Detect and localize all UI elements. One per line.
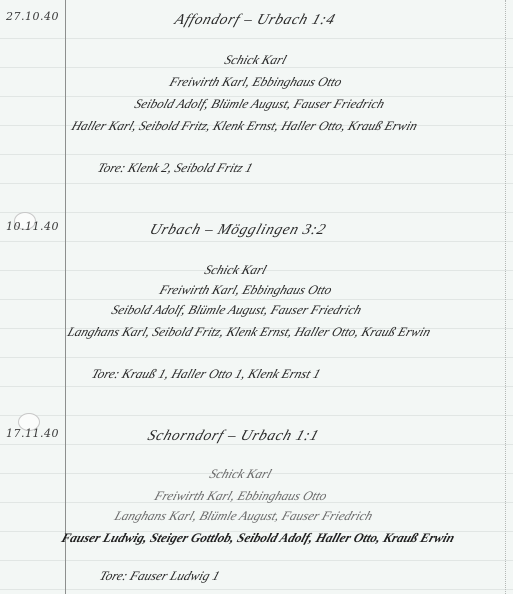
lineup-midfield: Seibold Adolf, Blümle August, Fauser Fri…: [132, 96, 386, 112]
lineup-goalkeeper: Schick Karl: [207, 466, 273, 482]
entry-date: 10.11.40: [6, 220, 62, 233]
entry-date: 27.10.40: [6, 10, 62, 23]
lineup-defenders: Freiwirth Karl, Ebbinghaus Otto: [157, 282, 334, 298]
goals-line: Tore: Fauser Ludwig 1: [97, 568, 222, 584]
match-heading: Affondorf – Urbach 1:4: [172, 12, 337, 29]
lineup-forwards: Langhans Karl, Seibold Fritz, Klenk Erns…: [65, 324, 432, 340]
entry-date: 17.11.40: [6, 427, 62, 440]
lineup-goalkeeper: Schick Karl: [202, 262, 268, 278]
match-heading: Urbach – Mögglingen 3:2: [147, 222, 328, 239]
lineup-defenders: Freiwirth Karl, Ebbinghaus Otto: [152, 488, 329, 504]
lineup-goalkeeper: Schick Karl: [222, 52, 288, 68]
lineup-midfield: Seibold Adolf, Blümle August, Fauser Fri…: [109, 302, 363, 318]
lineup-midfield: Langhans Karl, Blümle August, Fauser Fri…: [112, 508, 374, 524]
lineup-defenders: Freiwirth Karl, Ebbinghaus Otto: [167, 74, 344, 90]
goals-line: Tore: Klenk 2, Seibold Fritz 1: [95, 160, 255, 176]
margin-rule: [65, 0, 66, 594]
lineup-forwards: Haller Karl, Seibold Fritz, Klenk Ernst,…: [69, 118, 419, 134]
match-heading: Schorndorf – Urbach 1:1: [145, 428, 321, 445]
goals-line: Tore: Krauß 1, Haller Otto 1, Klenk Erns…: [89, 366, 322, 382]
page-edge: [505, 0, 507, 594]
lineup-forwards: Fauser Ludwig, Steiger Gottlob, Seibold …: [59, 530, 456, 546]
ledger-page: 27.10.40 Affondorf – Urbach 1:4 Schick K…: [0, 0, 513, 594]
